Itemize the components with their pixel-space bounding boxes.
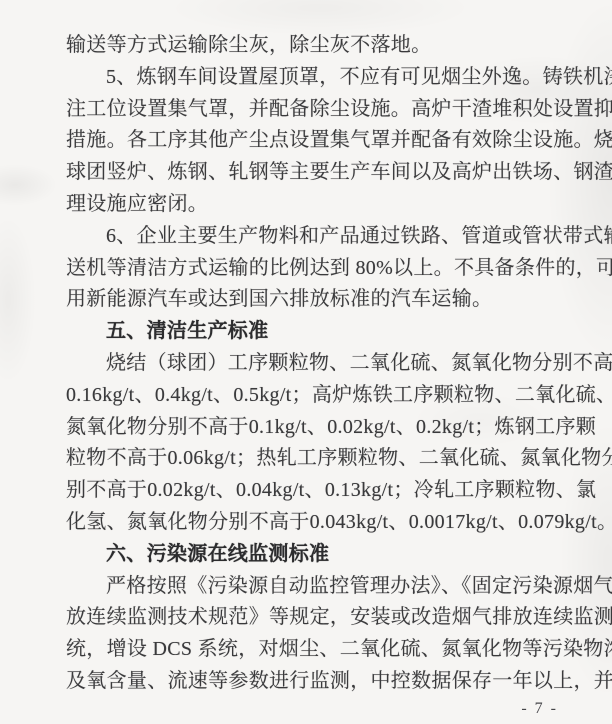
document-line: 放连续监测技术规范》等规定，安装或改造烟气排放连续监测系 xyxy=(66,602,566,634)
document-line: 措施。各工序其他产尘点设置集气罩并配备有效除尘设施。烧结、 xyxy=(66,125,566,157)
document-line: 及氧含量、流速等参数进行监测，中控数据保存一年以上，并与 xyxy=(66,666,566,698)
document-line: 统，增设 DCS 系统，对烟尘、二氧化硫、氮氧化物等污染物浓度 xyxy=(66,634,566,666)
document-page: 输送等方式运输除尘灰，除尘灰不落地。5、炼钢车间设置屋顶罩，不应有可见烟尘外逸。… xyxy=(0,0,612,724)
document-line: 严格按照《污染源自动监控管理办法》、《固定污染源烟气排 xyxy=(66,571,566,603)
document-line: 0.16kg/t、0.4kg/t、0.5kg/t；高炉炼铁工序颗粒物、二氧化硫、 xyxy=(66,380,566,412)
document-line: 理设施应密闭。 xyxy=(66,189,566,221)
section-heading: 五、清洁生产标准 xyxy=(66,316,566,348)
section-heading: 六、污染源在线监测标准 xyxy=(66,539,566,571)
document-line: 输送等方式运输除尘灰，除尘灰不落地。 xyxy=(66,30,566,62)
document-line: 球团竖炉、炼钢、轧钢等主要生产车间以及高炉出铁场、钢渣处 xyxy=(66,157,566,189)
document-line: 别不高于0.02kg/t、0.04kg/t、0.13kg/t；冷轧工序颗粒物、氯 xyxy=(66,475,566,507)
document-line: 化氢、氮氧化物分别不高于0.043kg/t、0.0017kg/t、0.079kg… xyxy=(66,507,566,539)
document-line: 氮氧化物分别不高于0.1kg/t、0.02kg/t、0.2kg/t；炼钢工序颗 xyxy=(66,412,566,444)
document-line: 注工位设置集气罩，并配备除尘设施。高炉干渣堆积处设置抑尘 xyxy=(66,94,566,126)
document-line: 送机等清洁方式运输的比例达到 80%以上。不具备条件的，可采 xyxy=(66,253,566,285)
document-line: 5、炼钢车间设置屋顶罩，不应有可见烟尘外逸。铸铁机浇 xyxy=(66,62,566,94)
document-line: 烧结（球团）工序颗粒物、二氧化硫、氮氧化物分别不高于 xyxy=(66,348,566,380)
page-number: - 7 - xyxy=(521,700,558,718)
document-text-block: 输送等方式运输除尘灰，除尘灰不落地。5、炼钢车间设置屋顶罩，不应有可见烟尘外逸。… xyxy=(66,30,566,698)
document-line: 6、企业主要生产物料和产品通过铁路、管道或管状带式输 xyxy=(66,221,566,253)
document-line: 粒物不高于0.06kg/t；热轧工序颗粒物、二氧化硫、氮氧化物分 xyxy=(66,443,566,475)
document-line: 用新能源汽车或达到国六排放标准的汽车运输。 xyxy=(66,284,566,316)
